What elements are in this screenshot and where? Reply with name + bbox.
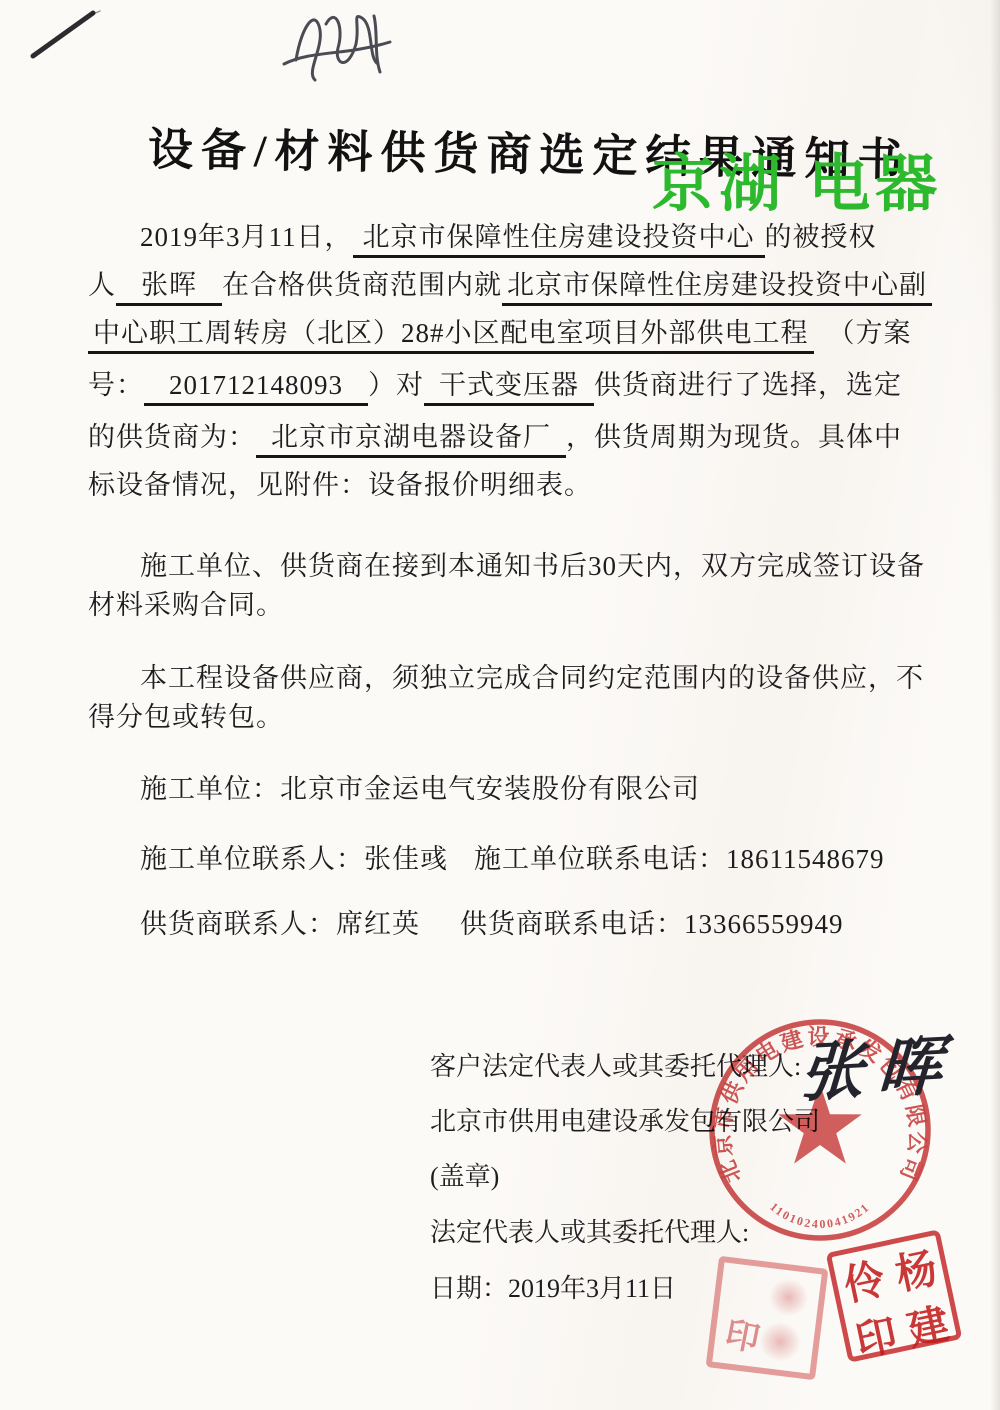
pen-scribble-mark — [282, 2, 397, 94]
text-segment: 施工单位联系电话：18611548679 — [474, 844, 885, 874]
text-segment: 本工程设备供应商，须独立完成合同约定范围内的设备供应，不 — [140, 663, 924, 693]
text-segment: 施工单位：北京市金运电气安装股份有限公司 — [140, 774, 700, 804]
text-segment: 的被授权 — [765, 222, 877, 252]
paragraph-line: 材料采购合同。 — [88, 588, 284, 622]
handwritten-signature: 张晖 — [798, 1014, 959, 1115]
text-segment: ）对 — [368, 370, 424, 400]
watermark-text: 京湖 电器 — [652, 134, 942, 223]
text-segment: 2019年3月11日， — [140, 222, 353, 252]
paragraph-line: 本工程设备供应商，须独立完成合同约定范围内的设备供应，不 — [140, 661, 924, 695]
text-segment: 供货商进行了选择，选定 — [594, 370, 902, 400]
personal-name-seal: 伶 杨 印 建 — [826, 1229, 963, 1363]
text-segment: 的供货商为： — [88, 422, 256, 452]
text-segment: 得分包或转包。 — [88, 702, 284, 732]
underlined-field-equipment: 干式变压器 — [424, 370, 594, 406]
underlined-field-project-2: 中心职工周转房（北区）28#小区配电室项目外部供电工程 — [88, 318, 814, 354]
paragraph-line: 2019年3月11日，北京市保障性住房建设投资中心的被授权 — [140, 220, 877, 254]
paragraph-line: 号：201712148093）对干式变压器供货商进行了选择，选定 — [88, 368, 902, 402]
text-segment: 号： — [88, 370, 144, 400]
faint-seal-char: 印 — [722, 1306, 765, 1361]
footer-seal-label: (盖章) — [430, 1156, 499, 1193]
seal-smudge — [766, 1276, 810, 1319]
supplier-contact-line: 供货商联系人：席红英供货商联系电话：13366559949 — [140, 907, 844, 941]
text-segment: 供货商联系电话：13366559949 — [460, 909, 844, 939]
seal-smudge — [757, 1319, 804, 1364]
text-segment: 施工单位、供货商在接到本通知书后30天内，双方完成签订设备 — [140, 551, 925, 581]
text-segment: 施工单位联系人：张佳彧 — [140, 844, 448, 874]
text-segment: ，供货周期为现货。具体中 — [566, 422, 902, 452]
underlined-field-supplier: 北京市京湖电器设备厂 — [256, 422, 566, 458]
text-segment: 供货商联系人：席红英 — [140, 909, 420, 939]
scanned-notice-page: 设备/材料供货商选定结果通知书 京湖 电器 2019年3月11日，北京市保障性住… — [0, 0, 1000, 1410]
underlined-field-client: 北京市保障性住房建设投资中心 — [353, 222, 765, 258]
pen-slash-mark — [25, 6, 105, 68]
underlined-field-plan-number: 201712148093 — [144, 370, 368, 406]
paragraph-line: 得分包或转包。 — [88, 700, 284, 734]
paragraph-line: 中心职工周转房（北区）28#小区配电室项目外部供电工程（方案 — [88, 316, 912, 350]
unit-contact-line: 施工单位联系人：张佳彧施工单位联系电话：18611548679 — [140, 842, 885, 876]
paragraph-line: 人张晖在合格供货商范围内就北京市保障性住房建设投资中心副 — [88, 268, 932, 302]
paragraph-line: 施工单位、供货商在接到本通知书后30天内，双方完成签订设备 — [140, 549, 925, 583]
underlined-field-project-1: 北京市保障性住房建设投资中心副 — [502, 270, 932, 306]
stamp-serial-number: 11010240041921 — [767, 1200, 872, 1231]
text-segment: (盖章) — [430, 1162, 499, 1191]
construction-unit-line: 施工单位：北京市金运电气安装股份有限公司 — [140, 772, 700, 806]
text-segment: 标设备情况，见附件：设备报价明细表。 — [88, 470, 592, 500]
text-segment: 材料采购合同。 — [88, 590, 284, 620]
seal-char-bl: 印 — [849, 1302, 901, 1369]
seal-char-br: 建 — [901, 1291, 953, 1358]
underlined-field-agent: 张晖 — [116, 270, 222, 306]
text-segment: 在合格供货商范围内就 — [222, 270, 502, 300]
faint-square-seal: 印 — [706, 1256, 829, 1381]
text-segment: （方案 — [828, 318, 912, 348]
paragraph-line: 的供货商为：北京市京湖电器设备厂，供货周期为现货。具体中 — [88, 420, 902, 454]
text-segment: 日期：2019年3月11日 — [430, 1274, 676, 1303]
svg-text:11010240041921: 11010240041921 — [767, 1200, 872, 1231]
footer-date-line: 日期：2019年3月11日 — [430, 1268, 676, 1305]
paragraph-line: 标设备情况，见附件：设备报价明细表。 — [88, 468, 592, 502]
text-segment: 人 — [88, 270, 116, 300]
